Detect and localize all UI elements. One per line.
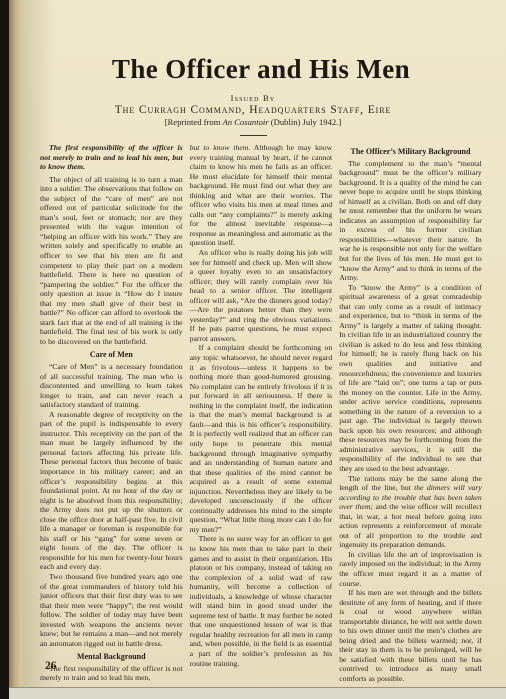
paragraph: If his men are wet through and the bille… xyxy=(339,588,482,683)
italic-continuation: but to know them. xyxy=(190,143,251,152)
book-binding-edge xyxy=(0,0,9,699)
issuer-line: The Curragh Command, Headquarters Staff,… xyxy=(0,104,506,116)
column-3: The Officer’s Military Background The co… xyxy=(339,143,482,684)
article-header: The Officer and His Men Issued By The Cu… xyxy=(0,54,506,136)
paragraph: There is no surer way for an officer to … xyxy=(190,534,333,668)
page-edge-shadow xyxy=(9,0,22,699)
paragraph: A reasonable degree of receptivity on th… xyxy=(40,410,183,572)
section-heading-care-of-men: Care of Men xyxy=(40,350,183,360)
article-body: The first responsibility of the officer … xyxy=(40,143,482,684)
lede-paragraph: The first responsibility of the officer … xyxy=(40,143,183,172)
paragraph: The complement to the man’s “mental back… xyxy=(339,159,482,283)
reprint-line: [Reprinted from An Cosantoir (Dublin) Ju… xyxy=(0,117,506,127)
separator-rule xyxy=(240,135,267,136)
paragraph: If a complaint should be forthcoming on … xyxy=(190,343,333,534)
paragraph: The first responsibility of the officer … xyxy=(40,664,183,683)
column-1: The first responsibility of the officer … xyxy=(40,143,183,684)
paragraph-text: Although he may know every training manu… xyxy=(190,143,333,247)
paragraph: but to know them. Although he may know e… xyxy=(190,143,333,248)
article-title: The Officer and His Men xyxy=(24,54,498,85)
issued-by-line: Issued By xyxy=(0,93,506,103)
reprint-source: An Cosantoir xyxy=(223,117,269,127)
reprint-suffix: (Dublin) July 1942.] xyxy=(269,117,342,127)
section-heading-mental-background: Mental Background xyxy=(40,652,183,662)
paragraph: To “know the Army” is a condition of spi… xyxy=(339,283,482,474)
paragraph: The object of all training is to turn a … xyxy=(40,175,183,347)
paragraph: The rations may be the same along the le… xyxy=(339,474,482,550)
section-heading-military-background: The Officer’s Military Background xyxy=(339,147,482,157)
paragraph: “Care of Men” is a necessary foundation … xyxy=(40,362,183,410)
scan-bottom-edge xyxy=(9,687,506,699)
reprint-prefix: [Reprinted from xyxy=(165,117,223,127)
scanned-book-page: The Officer and His Men Issued By The Cu… xyxy=(0,0,506,699)
page-number: 26 xyxy=(45,660,57,672)
column-2: but to know them. Although he may know e… xyxy=(190,143,333,684)
paragraph: Two thousand five hundred years ago one … xyxy=(40,572,183,648)
paragraph: An officer who is really doing his job w… xyxy=(190,248,333,343)
paragraph: In civilian life the art of improvisatio… xyxy=(339,550,482,588)
